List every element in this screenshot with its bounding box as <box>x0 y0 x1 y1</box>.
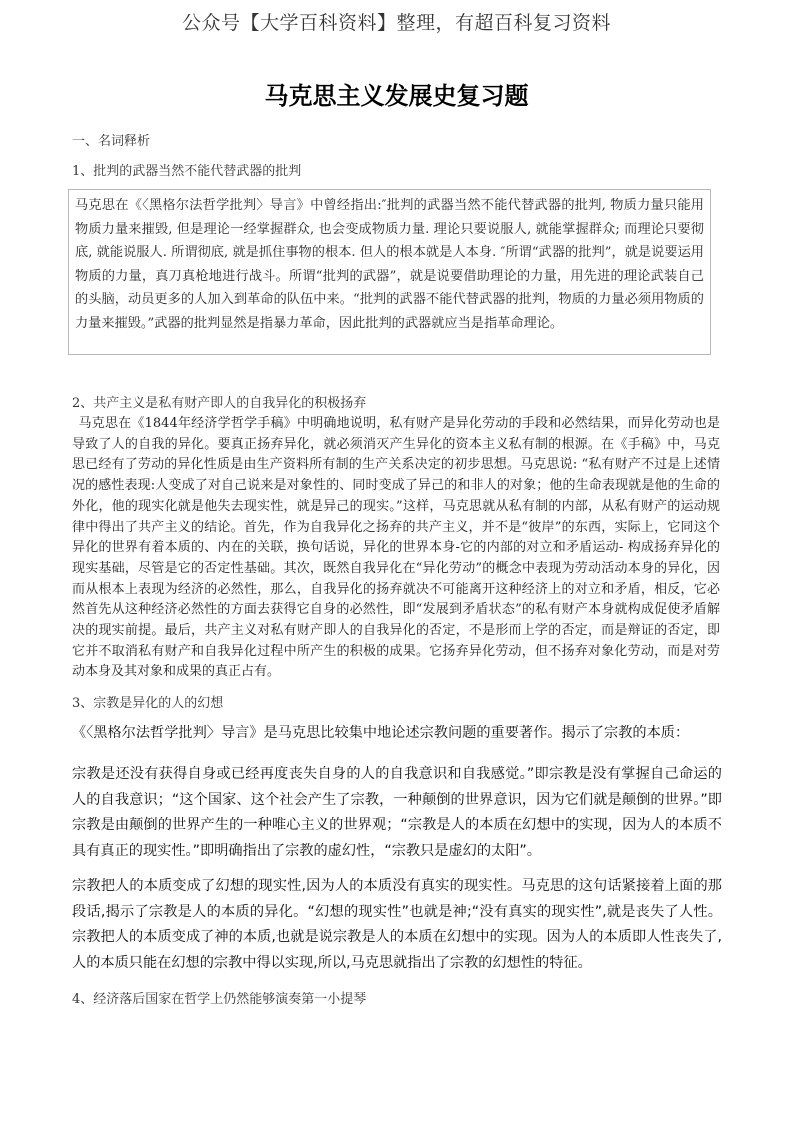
item-3-paragraph-2: 宗教是还没有获得自身或已经再度丧失自身的人的自我意识和自我感觉。”即宗教是没有掌… <box>72 762 722 864</box>
document-title: 马克思主义发展史复习题 <box>0 76 793 111</box>
item-1-boxed-answer: 马克思在《〈黑格尔法哲学批判〉导言》中曾经指出:″批判的武器当然不能代替武器的批… <box>68 189 711 355</box>
item-3-paragraph-1: 《〈黑格尔法哲学批判〉导言》是马克思比较集中地论述宗教问题的重要著作。揭示了宗教… <box>72 722 722 744</box>
item-2-heading: 2、共产主义是私有财产即人的自我异化的积极扬弃 <box>72 392 366 411</box>
section-heading: 一、名词释析 <box>72 130 150 149</box>
item-3-paragraph-3: 宗教把人的本质变成了幻想的现实性,因为人的本质没有真实的现实性。马克思的这句话紧… <box>72 874 722 976</box>
item-3-heading: 3、宗教是异化的人的幻想 <box>72 692 223 711</box>
item-2-answer: 马克思在《1844年经济学哲学手稿》中明确地说明，私有财产是异化劳动的手段和必然… <box>72 414 720 683</box>
item-1-heading: 1、批判的武器当然不能代替武器的批判 <box>72 160 301 179</box>
header-note: 公众号【大学百科资料】整理，有超百科复习资料 <box>0 8 793 35</box>
item-4-heading: 4、经济落后国家在哲学上仍然能够演奏第一小提琴 <box>72 988 366 1007</box>
